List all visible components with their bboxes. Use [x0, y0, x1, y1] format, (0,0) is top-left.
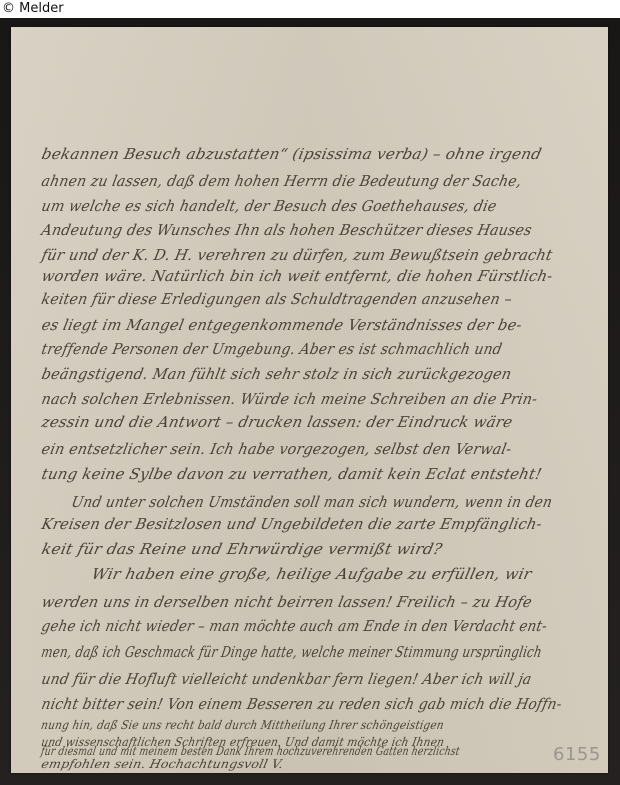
handwritten-line: gehe ich nicht wieder – man möchte auch … — [40, 617, 549, 635]
handwritten-line: für und der K. D. H. verehren zu dürfen,… — [40, 246, 554, 264]
handwritten-line: um welche es sich handelt, der Besuch de… — [40, 197, 498, 215]
handwritten-line: nach solchen Erlebnissen. Würde ich mein… — [40, 390, 539, 408]
handwritten-line: es liegt im Mangel entgegenkommende Vers… — [40, 316, 524, 334]
handwritten-line: empfohlen sein. Hochachtungsvoll V. — [40, 757, 285, 771]
handwritten-line: Wir haben eine große, heilige Aufgabe zu… — [90, 565, 533, 583]
handwritten-line: beängstigend. Man fühlt sich sehr stolz … — [40, 365, 513, 383]
handwritten-line: men, daß ich Geschmack für Dinge hatte, … — [40, 643, 543, 661]
handwritten-line: und für die Hofluft vielleicht undenkbar… — [40, 670, 533, 688]
handwritten-line: Und unter solchen Umständen soll man sic… — [70, 493, 554, 511]
manuscript-page: bekannen Besuch abzustatten“ (ipsissima … — [11, 27, 608, 773]
handwritten-line: tung keine Sylbe davon zu verrathen, dam… — [40, 465, 544, 483]
archive-number: 6155 — [553, 744, 601, 765]
handwritten-line: keiten für diese Erledigungen als Schuld… — [40, 290, 514, 308]
copyright-caption: © Melder — [0, 0, 620, 18]
handwritten-line: für diesmal und mit meinem besten Dank I… — [40, 744, 461, 758]
handwritten-line: keit für das Reine und Ehrwürdige vermiß… — [40, 540, 444, 558]
handwritten-line: ahnen zu lassen, daß dem hohen Herrn die… — [40, 172, 523, 190]
handwritten-line: worden wäre. Natürlich bin ich weit entf… — [40, 267, 554, 285]
handwritten-line: bekannen Besuch abzustatten“ (ipsissima … — [40, 145, 543, 163]
handwritten-line: nung hin, daß Sie uns recht bald durch M… — [40, 718, 445, 732]
handwritten-line: Kreisen der Besitzlosen und Ungebildeten… — [40, 515, 544, 533]
handwritten-line: ein entsetzlicher sein. Ich habe vorgezo… — [40, 440, 513, 458]
handwritten-line: zessin und die Antwort – drucken lassen:… — [40, 413, 514, 431]
handwritten-line: Andeutung des Wunsches Ihn als hohen Bes… — [40, 221, 534, 239]
copyright-text: © Melder — [0, 1, 64, 16]
handwritten-line: treffende Personen der Umgebung. Aber es… — [40, 340, 504, 358]
handwritten-line: werden uns in derselben nicht beirren la… — [40, 593, 534, 611]
handwritten-line: nicht bitter sein! Von einem Besseren zu… — [40, 695, 564, 713]
